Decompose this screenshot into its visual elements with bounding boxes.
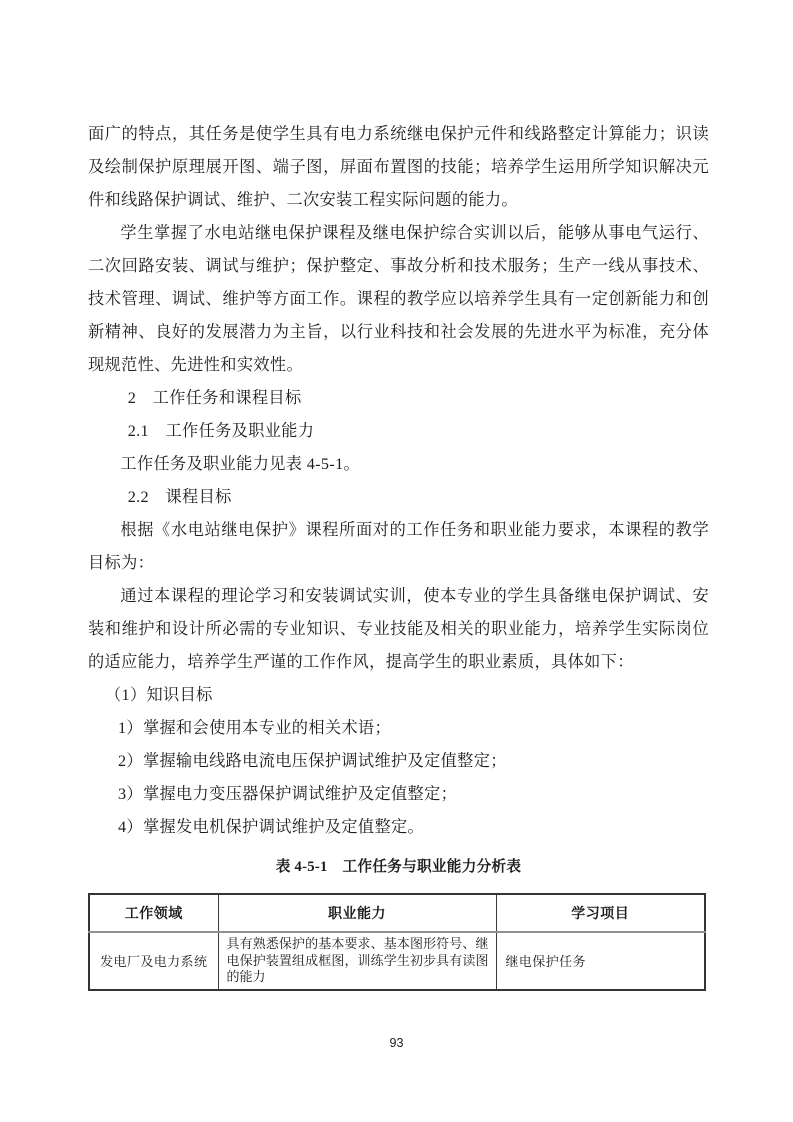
heading-section-2-1: 2.1 工作任务及职业能力 xyxy=(88,415,709,448)
heading-section-2: 2 工作任务和课程目标 xyxy=(88,382,709,415)
paragraph-basis: 根据《水电站继电保护》课程所面对的工作任务和职业能力要求，本课程的教学目标为： xyxy=(88,514,709,580)
page-number: 93 xyxy=(0,1036,793,1050)
document-page: 面广的特点，其任务是使学生具有电力系统继电保护元件和线路整定计算能力；识读及绘制… xyxy=(0,0,793,1122)
table-header-vocational-ability: 职业能力 xyxy=(218,894,496,932)
goal-item-2: 2）掌握输电线路电流电压保护调试维护及定值整定； xyxy=(88,745,709,778)
goal-item-1: 1）掌握和会使用本专业的相关术语； xyxy=(88,712,709,745)
heading-section-2-2: 2.2 课程目标 xyxy=(88,481,709,514)
table-row: 发电厂及电力系统 具有熟悉保护的基本要求、基本图形符号、继电保护装置组成框图，训… xyxy=(89,932,705,990)
table-header-work-domain: 工作领域 xyxy=(89,894,218,932)
cell-work-domain: 发电厂及电力系统 xyxy=(89,932,218,990)
work-task-ability-table: 工作领域 职业能力 学习项目 发电厂及电力系统 具有熟悉保护的基本要求、基本图形… xyxy=(88,893,706,991)
goal-item-3: 3）掌握电力变压器保护调试维护及定值整定； xyxy=(88,778,709,811)
paragraph-see-table: 工作任务及职业能力见表 4-5-1。 xyxy=(88,448,709,481)
knowledge-goals-label: （1）知识目标 xyxy=(88,679,709,712)
cell-learning-project: 继电保护任务 xyxy=(496,932,705,990)
table-header-row: 工作领域 职业能力 学习项目 xyxy=(89,894,705,932)
paragraph-after-course: 学生掌握了水电站继电保护课程及继电保护综合实训以后，能够从事电气运行、二次回路安… xyxy=(88,217,709,382)
cell-vocational-ability: 具有熟悉保护的基本要求、基本图形符号、继电保护装置组成框图，训练学生初步具有读图… xyxy=(218,932,496,990)
paragraph-through: 通过本课程的理论学习和安装调试实训，使本专业的学生具备继电保护调试、安装和维护和… xyxy=(88,580,709,679)
table-header-learning-project: 学习项目 xyxy=(496,894,705,932)
goal-item-4: 4）掌握发电机保护调试维护及定值整定。 xyxy=(88,811,709,844)
table-caption: 表 4-5-1 工作任务与职业能力分析表 xyxy=(88,855,709,879)
paragraph-intro-continuation: 面广的特点，其任务是使学生具有电力系统继电保护元件和线路整定计算能力；识读及绘制… xyxy=(88,118,709,217)
